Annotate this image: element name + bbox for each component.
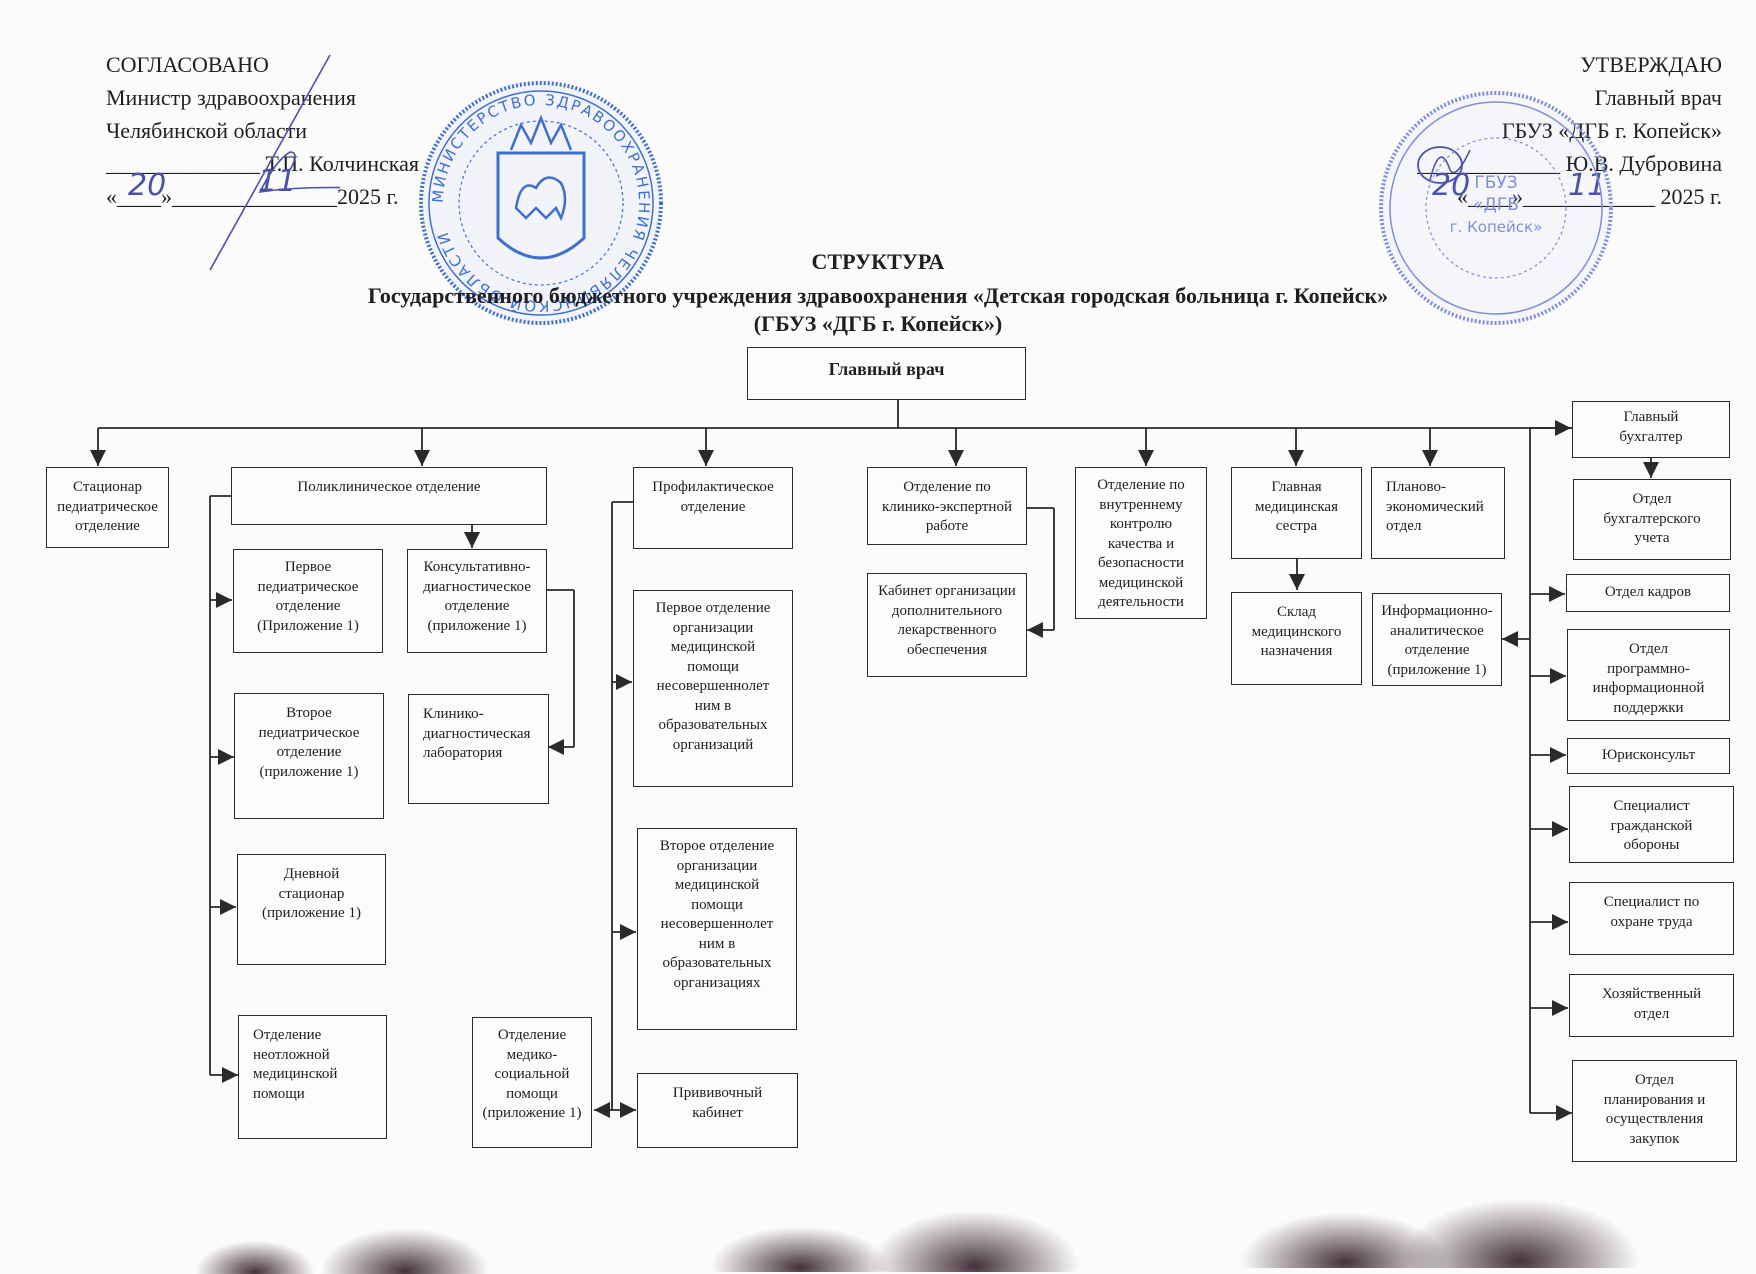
org-clinical-expert[interactable]: Отделение по клинико-экспертной работе: [867, 467, 1027, 545]
scan-artifact: [320, 1228, 490, 1274]
org-civil-defense[interactable]: Специалист гражданской обороны: [1569, 786, 1734, 863]
org-quality-control[interactable]: Отделение по внутреннему контролю качест…: [1075, 467, 1207, 619]
org-planning-economic[interactable]: Планово- экономический отдел: [1371, 467, 1505, 559]
org-clinical-lab[interactable]: Клинико- диагностическая лаборатория: [408, 694, 549, 804]
org-prevention[interactable]: Профилактическое отделение: [633, 467, 793, 549]
org-polyclinic[interactable]: Поликлиническое отделение: [231, 467, 547, 525]
org-school-medicine-2[interactable]: Второе отделение организации медицинской…: [637, 828, 797, 1030]
org-hr[interactable]: Отдел кадров: [1566, 574, 1730, 612]
org-day-stationar[interactable]: Дневной стационар (приложение 1): [237, 854, 386, 965]
org-school-medicine-1[interactable]: Первое отделение организации медицинской…: [633, 590, 793, 787]
org-accounting[interactable]: Отдел бухгалтерского учета: [1573, 479, 1731, 560]
org-warehouse[interactable]: Склад медицинского назначения: [1231, 592, 1362, 685]
scan-artifact: [710, 1226, 890, 1272]
org-it-support[interactable]: Отдел программно- информационной поддерж…: [1567, 629, 1730, 721]
org-root-chief-physician[interactable]: Главный врач: [747, 347, 1026, 400]
org-head-nurse[interactable]: Главная медицинская сестра: [1231, 467, 1362, 559]
org-emergency[interactable]: Отделение неотложной медицинской помощи: [238, 1015, 387, 1139]
org-procurement[interactable]: Отдел планирования и осуществления закуп…: [1572, 1060, 1737, 1162]
scan-artifact: [195, 1240, 315, 1274]
org-pediatric-1[interactable]: Первое педиатрическое отделение (Приложе…: [233, 549, 383, 653]
org-medical-social[interactable]: Отделение медико- социальной помощи (при…: [472, 1017, 592, 1148]
org-consultative-diagnostic[interactable]: Консультативно- диагностическое отделени…: [407, 549, 547, 653]
org-pediatric-2[interactable]: Второе педиатрическое отделение (приложе…: [234, 693, 384, 819]
org-vaccination[interactable]: Прививочный кабинет: [637, 1073, 798, 1148]
org-drug-supply[interactable]: Кабинет организации дополнительного лека…: [867, 573, 1027, 677]
org-labor-safety[interactable]: Специалист по охране труда: [1569, 882, 1734, 955]
org-legal[interactable]: Юрисконсульт: [1567, 738, 1730, 774]
scan-artifact: [1400, 1198, 1640, 1268]
org-info-analytic[interactable]: Информационно- аналитическое отделение (…: [1372, 593, 1502, 686]
org-stationar[interactable]: Стационар педиатрическое отделение: [46, 467, 169, 548]
org-chief-accountant[interactable]: Главный бухгалтер: [1572, 401, 1730, 458]
org-household[interactable]: Хозяйственный отдел: [1569, 974, 1734, 1037]
scan-artifact: [870, 1210, 1080, 1272]
